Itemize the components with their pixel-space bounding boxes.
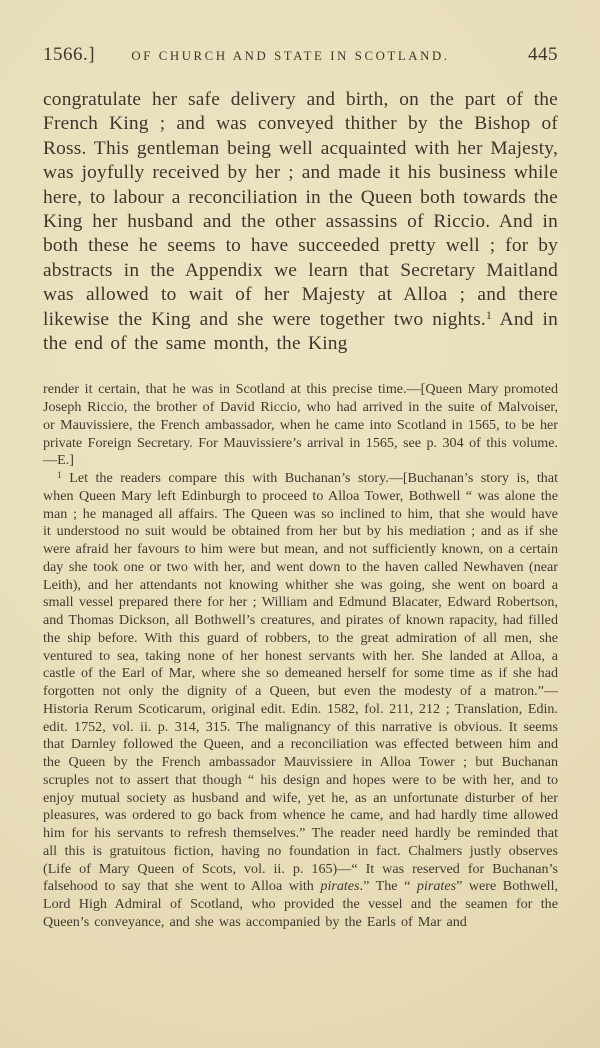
footnote-1-text-2: .” The “ (360, 878, 417, 894)
year-label: 1566.] (43, 44, 141, 66)
footnote-editor-continuation: render it certain, that he was in Scotla… (43, 381, 558, 470)
page-number: 445 (460, 44, 558, 66)
main-paragraph-text: congratulate her safe delivery and birth… (43, 89, 558, 330)
footnote-1-italic-pirates-2: pirates (417, 878, 456, 894)
footnotes-section: render it certain, that he was in Scotla… (43, 381, 558, 931)
running-title: OF CHURCH AND STATE IN SCOTLAND. (131, 49, 449, 64)
footnote-1-italic-pirates-1: pirates (320, 878, 359, 894)
main-paragraph: congratulate her safe delivery and birth… (43, 88, 558, 356)
footnote-1: 1 Let the readers compare this with Buch… (43, 470, 558, 932)
running-head: 1566.] OF CHURCH AND STATE IN SCOTLAND. … (43, 44, 558, 66)
footnote-1-text: Let the readers compare this with Buchan… (43, 470, 558, 894)
book-page-scan: 1566.] OF CHURCH AND STATE IN SCOTLAND. … (0, 0, 600, 1048)
